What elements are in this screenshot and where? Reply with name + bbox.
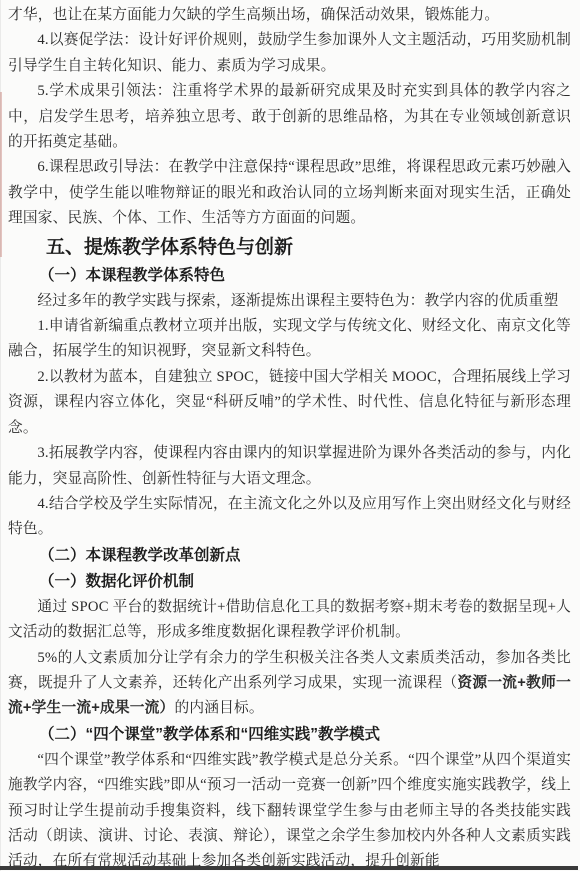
paragraph: “四个课堂”教学体系和“四维实践”教学模式是总分关系。“四个课堂”从四个渠道实施… [8,748,571,871]
text-run: 才华，也让在某方面能力欠缺的学生高频出场，确保活动效果，锻炼能力。 [8,7,499,23]
paragraph: 通过 SPOC 平台的数据统计+借助信息化工具的数据考察+期末考卷的数据呈现+人… [8,595,571,646]
text-run: 4.以赛促学法：设计好评价规则，鼓励学生参加课外人文主题活动，巧用奖励机制引导学… [8,32,571,73]
paragraph: 4.以赛促学法：设计好评价规则，鼓励学生参加课外人文主题活动，巧用奖励机制引导学… [8,28,571,79]
document-body: 才华，也让在某方面能力欠缺的学生高频出场，确保活动效果，锻炼能力。4.以赛促学法… [8,3,571,871]
paragraph: 4.结合学校及学生实际情况，在主流文化之外以及应用写作上突出财经文化与财经特色。 [8,492,571,543]
text-run: 通过 SPOC 平台的数据统计+借助信息化工具的数据考察+期末考卷的数据呈现+人… [8,599,571,640]
text-run: 4.结合学校及学生实际情况，在主流文化之外以及应用写作上突出财经文化与财经特色。 [8,496,571,537]
text-run: “四个课堂”教学体系和“四维实践”教学模式是总分关系。“四个课堂”从四个渠道实施… [8,752,571,870]
text-run: 1.申请省新编重点教材立项并出版，实现文学与传统文化、财经文化、南京文化等融合，… [8,318,571,359]
text-run: （二）本课程教学改革创新点 [39,547,241,564]
text-run: （一）数据化评价机制 [39,573,194,590]
text-run: 五、提炼教学体系特色与创新 [46,237,293,258]
paragraph: 6.课程思政引导法：在教学中注意保持“课程思政”思维，将课程思政元素巧妙融入教学… [8,155,571,231]
text-run: 的内涵目标。 [174,700,263,716]
paragraph: 1.申请省新编重点教材立项并出版，实现文学与传统文化、财经文化、南京文化等融合，… [8,314,571,365]
section-heading: 五、提炼教学体系特色与创新 [8,232,571,263]
section-heading: （二）“四个课堂”教学体系和“四维实践”教学模式 [8,722,571,748]
document-page: 才华，也让在某方面能力欠缺的学生高频出场，确保活动效果，锻炼能力。4.以赛促学法… [0,0,580,871]
text-run: 2.以教材为蓝本，自建独立 SPOC，链接中国大学相关 MOOC，合理拓展线上学… [8,369,571,436]
paragraph: 3.拓展教学内容，使课程内容由课内的知识掌握进阶为课外各类活动的参与，内化能力，… [8,441,571,492]
section-heading: （二）本课程教学改革创新点 [8,543,571,569]
text-run: 经过多年的教学实践与探索，逐渐提炼出课程主要特色为：教学内容的优质重塑 [37,293,558,309]
scan-red-line-artifact [0,92,2,257]
paragraph: 才华，也让在某方面能力欠缺的学生高频出场，确保活动效果，锻炼能力。 [8,3,571,28]
text-run: （一）本课程教学体系特色 [39,267,225,284]
section-heading: （一）数据化评价机制 [8,569,571,595]
text-run: 6.课程思政引导法：在教学中注意保持“课程思政”思维，将课程思政元素巧妙融入教学… [8,159,571,226]
text-run: 3.拓展教学内容，使课程内容由课内的知识掌握进阶为课外各类活动的参与，内化能力，… [8,445,571,486]
paragraph: 经过多年的教学实践与探索，逐渐提炼出课程主要特色为：教学内容的优质重塑 [8,289,571,314]
section-heading: （一）本课程教学体系特色 [8,263,571,289]
paragraph: 2.以教材为蓝本，自建独立 SPOC，链接中国大学相关 MOOC，合理拓展线上学… [8,365,571,441]
text-run: 5.学术成果引领法：注重将学术界的最新研究成果及时充实到具体的教学内容之中，启发… [8,83,571,150]
page-bottom-rule [0,866,578,870]
paragraph: 5%的人文素质加分让学有余力的学生积极关注各类人文素质类活动，参加各类比赛，既提… [8,646,571,722]
paragraph: 5.学术成果引领法：注重将学术界的最新研究成果及时充实到具体的教学内容之中，启发… [8,79,571,155]
text-run: （二）“四个课堂”教学体系和“四维实践”教学模式 [39,726,380,743]
